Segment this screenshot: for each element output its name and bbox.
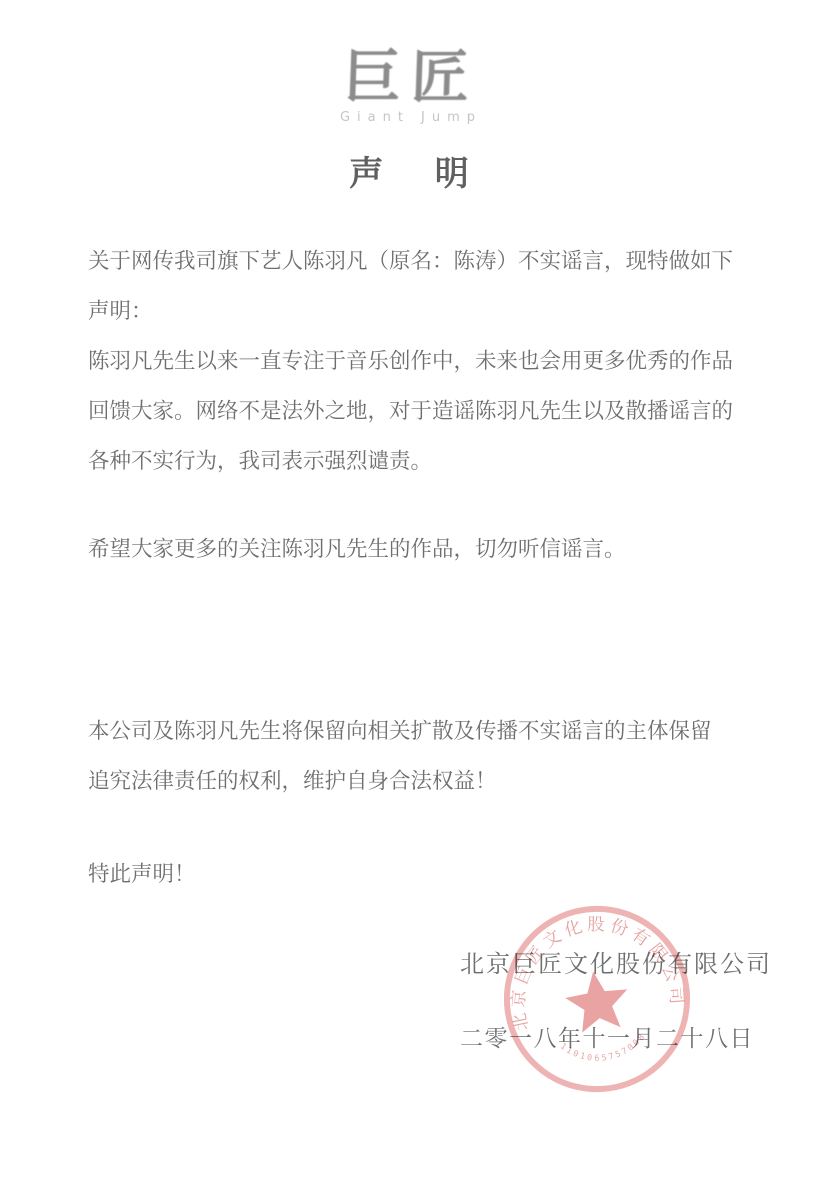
company-seal-stamp: 北京巨匠文化股份有限公司 1101065757008 (485, 887, 709, 1111)
paragraph-body-2: 希望大家更多的关注陈羽凡先生的作品，切勿听信谣言。 (88, 524, 742, 574)
paragraph-body-1: 陈羽凡先生以来一直专注于音乐创作中，未来也会用更多优秀的作品 回馈大家。网络不是… (88, 336, 742, 486)
paragraph-legal: 本公司及陈羽凡先生将保留向相关扩散及传播不实谣言的主体保留 追究法律责任的权利，… (88, 706, 742, 806)
logo-subtext: Giant Jump (0, 110, 822, 125)
paragraph-intro: 关于网传我司旗下艺人陈羽凡（原名：陈涛）不实谣言，现特做如下 声明： (88, 236, 742, 336)
paragraph-closing: 特此声明！ (88, 849, 742, 899)
signature-company-name: 北京巨匠文化股份有限公司 (460, 944, 772, 979)
seal-ring (495, 897, 699, 1101)
company-logo: 巨匠 Giant Jump (0, 48, 822, 125)
signature-date: 二零一八年十一月二十八日 (460, 1020, 754, 1053)
document-title: 声 明 (0, 146, 822, 195)
logo-wordmark: 巨匠 (0, 48, 822, 106)
statement-document: 巨匠 Giant Jump 声 明 关于网传我司旗下艺人陈羽凡（原名：陈涛）不实… (0, 0, 822, 1178)
